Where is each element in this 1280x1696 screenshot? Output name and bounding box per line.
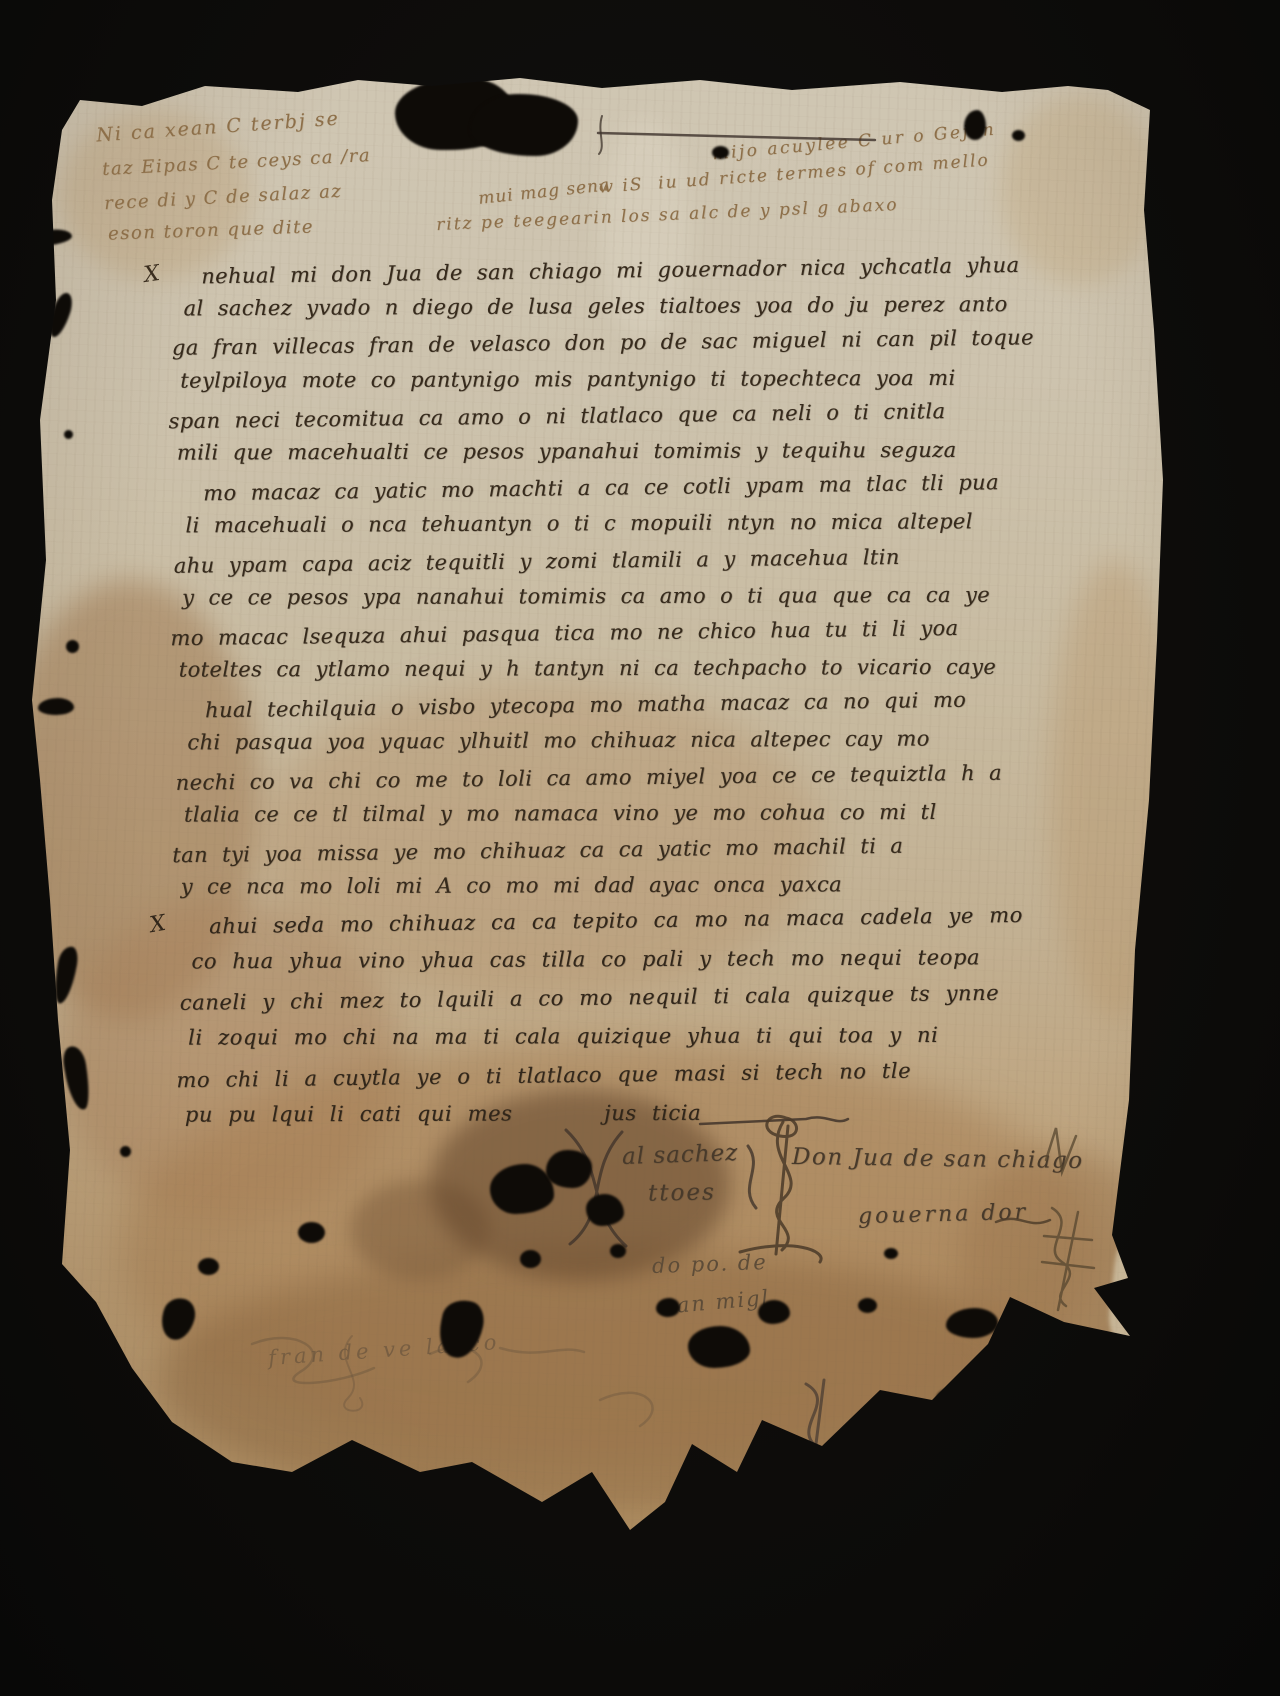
left-margin-curve [30, 142, 35, 206]
ink-blot [964, 110, 986, 140]
ink-blot [546, 1150, 592, 1188]
signature-witness-name: al sachez [622, 1140, 739, 1170]
signature-secondary-name: do po. de [652, 1250, 768, 1278]
ink-blot [712, 146, 729, 159]
ink-blot [1012, 130, 1025, 141]
manuscript-line: pu pu lqui li cati qui mes jus ticia [185, 1099, 1137, 1141]
main-paragraph: nehual mi don Jua de san chiago mi gouer… [167, 254, 1133, 914]
ink-blot [758, 1300, 790, 1324]
signature-witness-title: ttoes [648, 1179, 716, 1206]
ink-blot [1029, 1339, 1103, 1371]
ink-blot [120, 1146, 131, 1157]
ink-blot [586, 1194, 624, 1226]
signature-governor-title: gouerna dor [858, 1200, 1029, 1229]
paragraph-mark: X [142, 261, 161, 288]
ink-blot [946, 1308, 998, 1338]
second-paragraph: ahui seda mo chihuaz ca ca tepito ca mo … [175, 904, 1137, 1143]
ink-blot [470, 94, 578, 156]
ink-blot [38, 698, 74, 715]
signature-governor-name: Don Jua de san chiago [792, 1144, 1084, 1174]
ink-blot [656, 1298, 680, 1317]
ink-blot [688, 1326, 750, 1368]
ink-blot [858, 1298, 877, 1313]
ink-blot [610, 1244, 626, 1258]
ink-blot [520, 1250, 541, 1268]
ink-blot [66, 640, 79, 653]
ink-blot [884, 1248, 898, 1259]
manuscript-photo: Ni ca xean C terbj se taz Eipas C te cey… [0, 0, 1280, 1696]
ink-blot [64, 430, 73, 439]
ink-blot [298, 1222, 325, 1243]
ink-blot [490, 1164, 554, 1214]
ink-blot [198, 1258, 219, 1275]
manuscript-paper: Ni ca xean C terbj se taz Eipas C te cey… [0, 0, 1280, 1696]
ink-blot [936, 1388, 968, 1408]
